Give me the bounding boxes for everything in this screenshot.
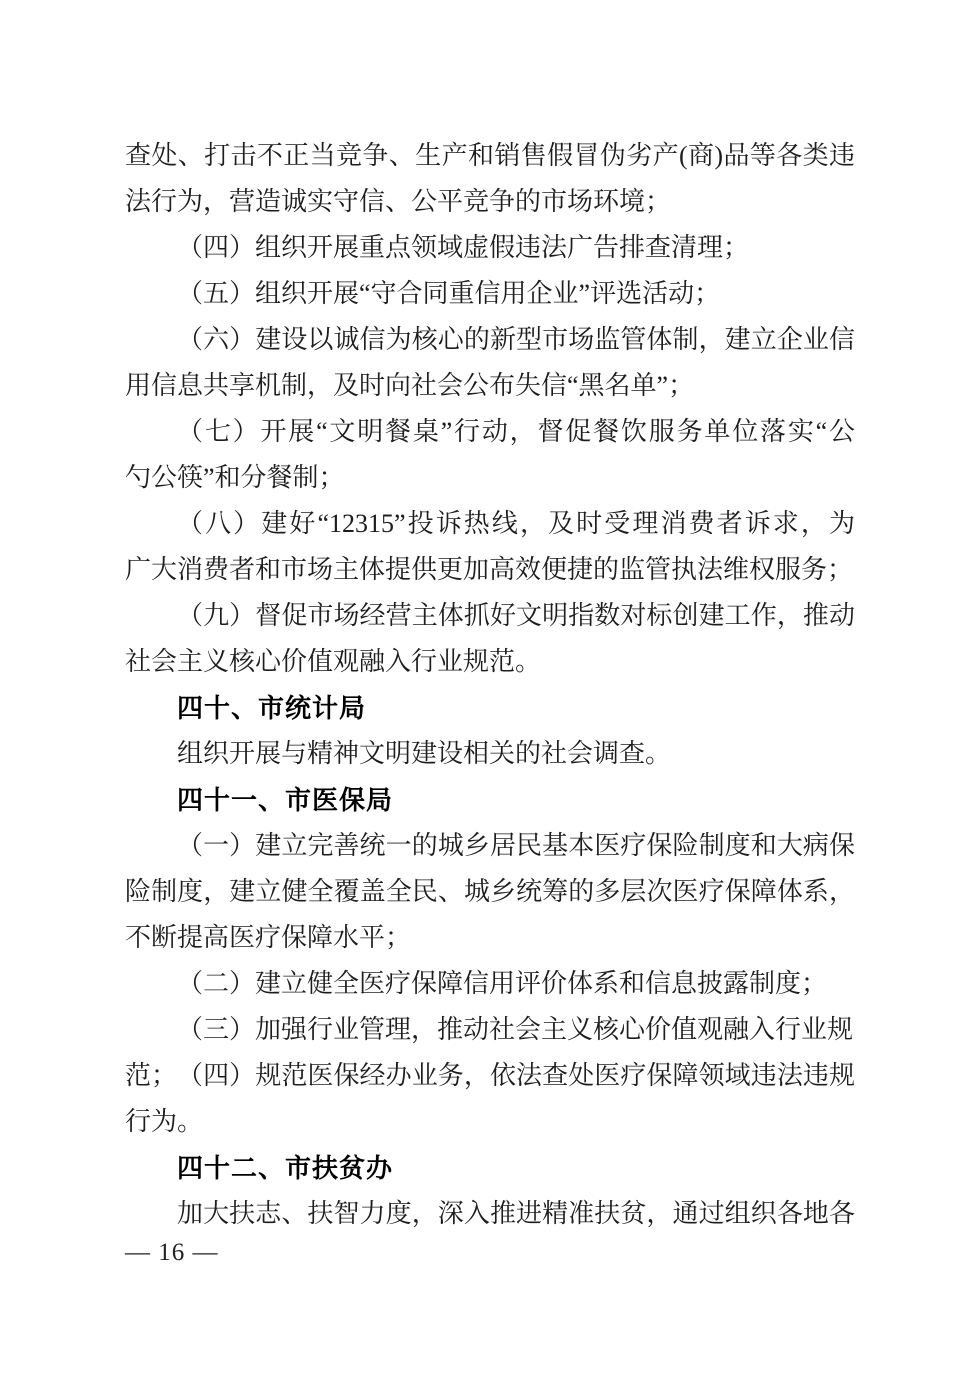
- text-line: （七）开展“文明餐桌”行动，督促餐饮服务单位落实“公: [125, 409, 855, 455]
- text-lines: 查处、打击不正当竞争、生产和销售假冒伪劣产(商)品等各类违法行为，营造诚实守信、…: [125, 133, 855, 1237]
- text-line: 查处、打击不正当竞争、生产和销售假冒伪劣产(商)品等各类违: [125, 133, 855, 179]
- text-line: （五）组织开展“守合同重信用企业”评选活动；: [125, 271, 855, 317]
- section-heading: 四十二、市扶贫办: [125, 1145, 855, 1191]
- section-heading: 四十一、市医保局: [125, 777, 855, 823]
- text-line: 加大扶志、扶智力度，深入推进精准扶贫，通过组织各地各: [125, 1191, 855, 1237]
- page-number: — 16 —: [125, 1238, 219, 1268]
- document-page: 查处、打击不正当竞争、生产和销售假冒伪劣产(商)品等各类违法行为，营造诚实守信、…: [0, 0, 980, 1386]
- text-line: 用信息共享机制，及时向社会公布失信“黑名单”；: [125, 363, 855, 409]
- text-line: 行为。: [125, 1099, 855, 1145]
- text-line: 组织开展与精神文明建设相关的社会调查。: [125, 731, 855, 777]
- text-line: 不断提高医疗保障水平；: [125, 915, 855, 961]
- text-line: （一）建立完善统一的城乡居民基本医疗保险制度和大病保: [125, 823, 855, 869]
- text-line: 勺公筷”和分餐制；: [125, 455, 855, 501]
- text-line: 险制度，建立健全覆盖全民、城乡统筹的多层次医疗保障体系，: [125, 869, 855, 915]
- text-line: 社会主义核心价值观融入行业规范。: [125, 639, 855, 685]
- text-line: 法行为，营造诚实守信、公平竞争的市场环境；: [125, 179, 855, 225]
- section-heading: 四十、市统计局: [125, 685, 855, 731]
- text-line: （八）建好“12315”投诉热线，及时受理消费者诉求，为: [125, 501, 855, 547]
- text-line: （三）加强行业管理，推动社会主义核心价值观融入行业规范；: [125, 1007, 855, 1053]
- text-line: （九）督促市场经营主体抓好文明指数对标创建工作，推动: [125, 593, 855, 639]
- text-line: （六）建设以诚信为核心的新型市场监管体制，建立企业信: [125, 317, 855, 363]
- text-line: 广大消费者和市场主体提供更加高效便捷的监管执法维权服务；: [125, 547, 855, 593]
- text-line: （四）规范医保经办业务，依法查处医疗保障领域违法违规: [125, 1053, 855, 1099]
- text-line: （四）组织开展重点领域虚假违法广告排查清理；: [125, 225, 855, 271]
- text-line: （二）建立健全医疗保障信用评价体系和信息披露制度；: [125, 961, 855, 1007]
